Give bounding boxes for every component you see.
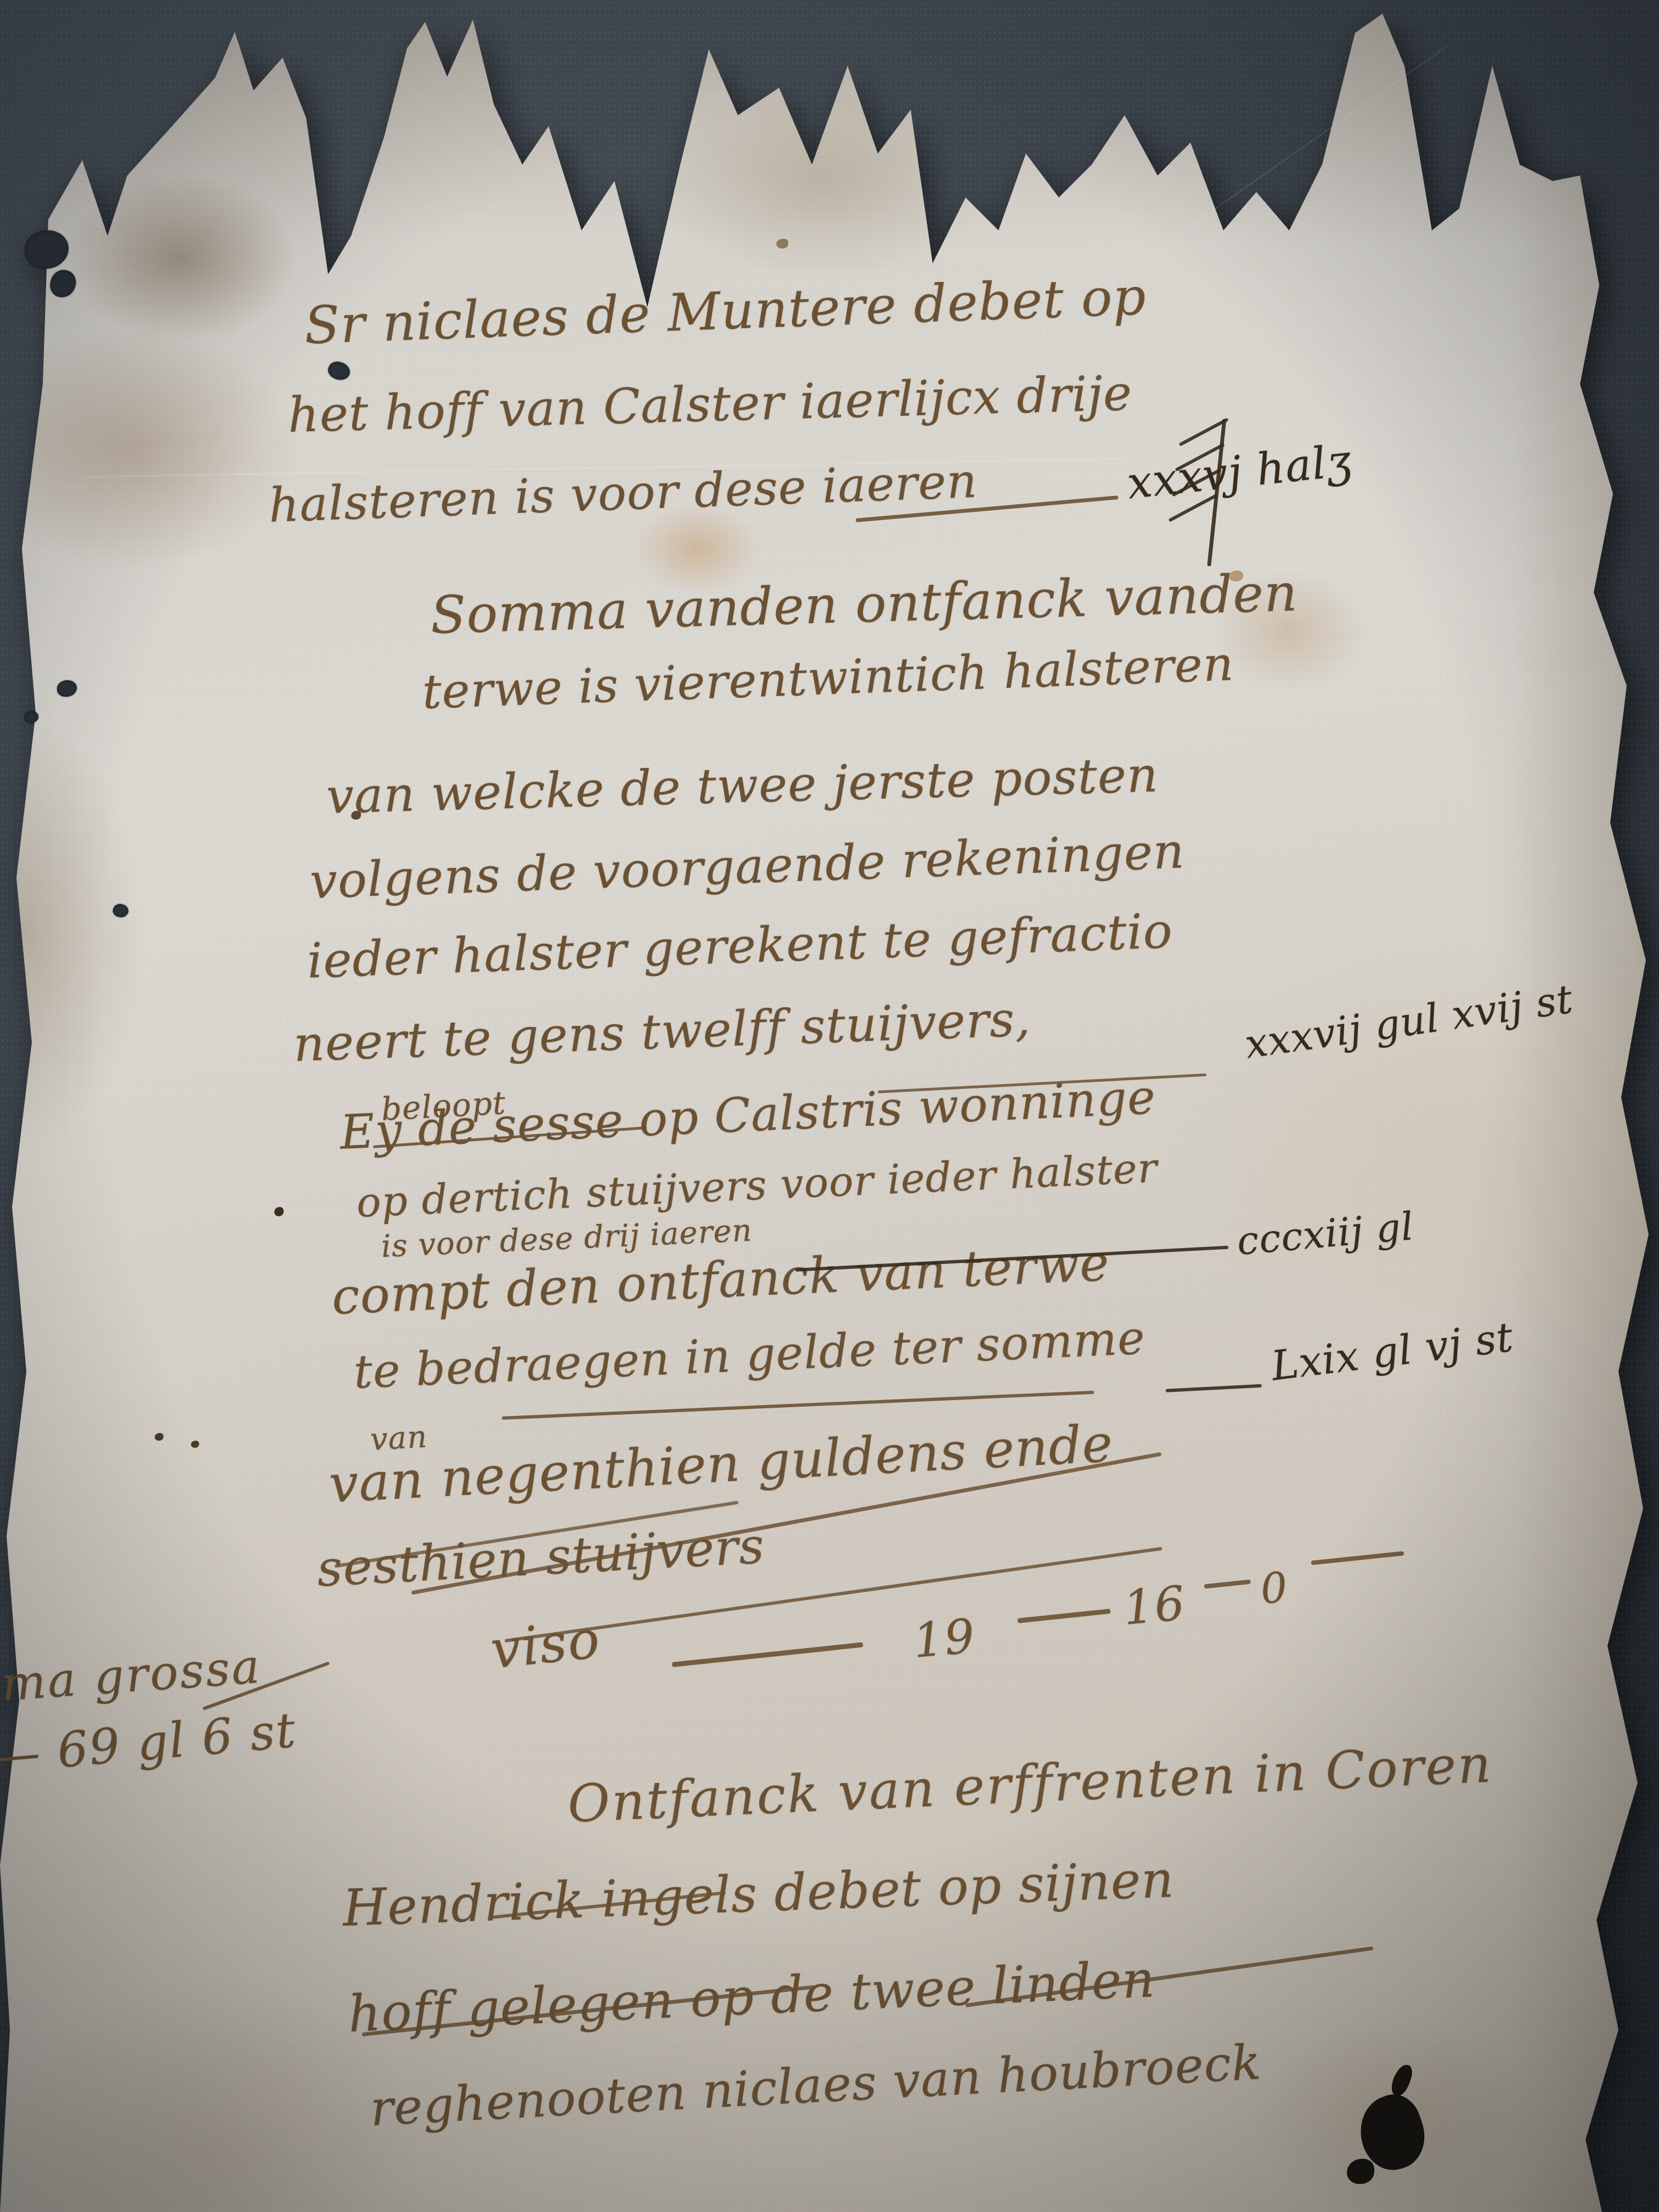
- photo-backdrop: Sr niclaes de Muntere debet ophet hoff v…: [0, 0, 1659, 2212]
- ink-dot: [274, 1207, 284, 1216]
- sum-guldens: 19: [911, 1609, 978, 1669]
- word-viso: viso: [488, 1608, 603, 1680]
- sum-stuivers: 16: [1121, 1576, 1188, 1636]
- ink-dot: [155, 1433, 163, 1441]
- stain-speck: [1229, 571, 1243, 582]
- paper-speck: [776, 239, 788, 249]
- manuscript-page: Sr niclaes de Muntere debet ophet hoff v…: [0, 0, 1659, 2212]
- ink-dot: [191, 1441, 199, 1448]
- sum-zero: 0: [1259, 1562, 1290, 1613]
- ink-blot: [1347, 2159, 1374, 2184]
- ink-speck: [351, 811, 361, 820]
